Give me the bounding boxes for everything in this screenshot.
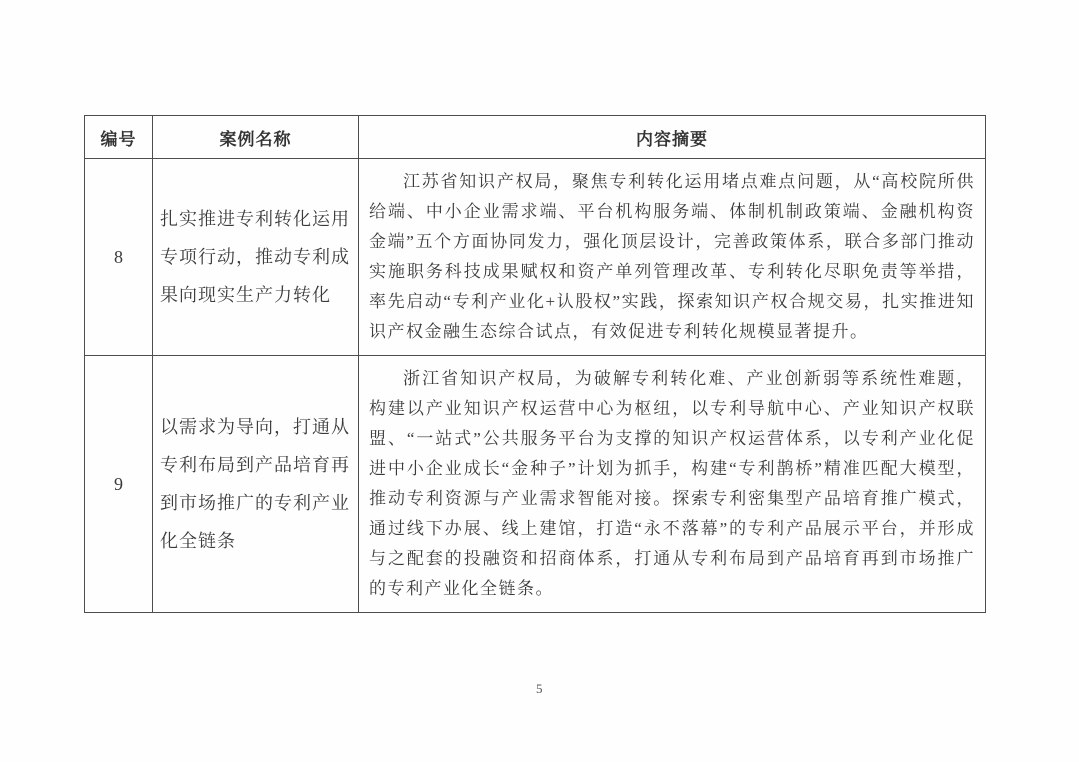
case-number: 8	[85, 159, 153, 356]
table-row: 8 扎实推进专利转化运用专项行动，推动专利成果向现实生产力转化 江苏省知识产权局…	[85, 159, 986, 356]
case-summary: 浙江省知识产权局，为破解专利转化难、产业创新弱等系统性难题，构建以产业知识产权运…	[359, 356, 986, 613]
case-summary: 江苏省知识产权局，聚焦专利转化运用堵点难点问题，从“高校院所供给端、中小企业需求…	[359, 159, 986, 356]
column-header-summary: 内容摘要	[359, 116, 986, 159]
page-number: 5	[0, 681, 1079, 697]
table-header-row: 编号 案例名称 内容摘要	[85, 116, 986, 159]
document-page: 编号 案例名称 内容摘要 8 扎实推进专利转化运用专项行动，推动专利成果向现实生…	[0, 0, 1079, 762]
case-summary-text: 浙江省知识产权局，为破解专利转化难、产业创新弱等系统性难题，构建以产业知识产权运…	[369, 364, 975, 604]
case-name: 扎实推进专利转化运用专项行动，推动专利成果向现实生产力转化	[153, 159, 359, 356]
case-summary-text: 江苏省知识产权局，聚焦专利转化运用堵点难点问题，从“高校院所供给端、中小企业需求…	[369, 167, 975, 347]
column-header-id: 编号	[85, 116, 153, 159]
case-number: 9	[85, 356, 153, 613]
column-header-case-name: 案例名称	[153, 116, 359, 159]
case-summary-table: 编号 案例名称 内容摘要 8 扎实推进专利转化运用专项行动，推动专利成果向现实生…	[84, 115, 986, 613]
case-name: 以需求为导向，打通从专利布局到产品培育再到市场推广的专利产业化全链条	[153, 356, 359, 613]
table-row: 9 以需求为导向，打通从专利布局到产品培育再到市场推广的专利产业化全链条 浙江省…	[85, 356, 986, 613]
